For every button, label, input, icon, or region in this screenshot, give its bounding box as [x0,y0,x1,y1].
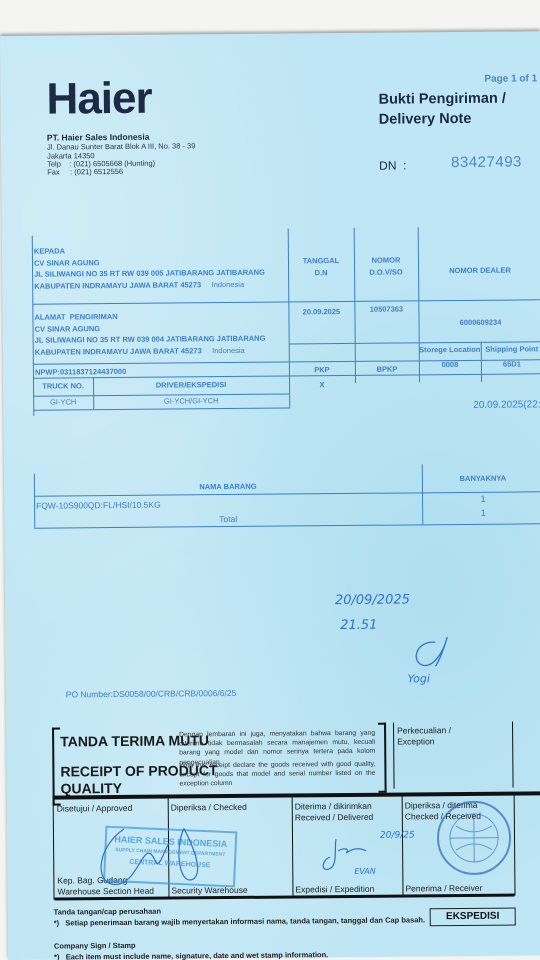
sig-checked-label: Diperiksa / Checked [171,802,247,813]
shipping-country: Indonesia [212,346,245,355]
expedition-date: 20/9/25 [380,830,415,840]
exception-label-line-2: Exception [397,735,509,747]
copy-label-ekspedisi: EKSPEDISI [430,908,516,927]
footer-en-note: *) Each item must include name, signatur… [54,950,328,960]
driver-value: GI-YCH/GI-YCH [93,395,289,406]
shipping-point-value: 65D1 [481,359,540,369]
pkp-value: X [289,380,355,390]
shipping-address-1: JL SILIWANGI NO 35 RT RW 039 004 JATIBAR… [35,333,285,347]
print-timestamp: 20.09.2025(22:25:00 [473,399,540,411]
title-line-2: Delivery Note [379,109,506,130]
title-line-1: Bukti Pengiriman / [378,90,505,111]
shipping-address-2: KABUPATEN INDRAMAYU JAWA BARAT 45273 [35,346,202,356]
receiver-stamp-icon [434,798,515,879]
nomor-sub-label: D.O.V/SO [354,266,418,279]
sig-received-label-2: Received / Delivered [295,812,374,823]
item-qty-header: BANYAKNYA [422,473,540,483]
company-fax: Fax : (021) 6512556 [47,168,123,176]
nomor-value: 10507363 [354,304,418,314]
delivery-info-table: KEPADA CV SINAR AGUNG JL SILIWANGI NO 35… [32,231,540,425]
company-address: Jl. Danau Sunter Barat Blok A III, No. 3… [47,142,195,151]
recipient-address-2: KABUPATEN INDRAMAYU JAWA BARAT 45273 [34,280,201,290]
item-name: FQW-10S900QD:FL/HSI/10.5KG [36,500,161,511]
signature-grid: Disetujui / Approved Kep. Bag. Gudang Wa… [53,795,540,899]
tanggal-value: 20.09.2025 [288,307,354,317]
pkp-header: PKP [289,365,355,375]
sig-received-label-1: Diterima / dikirimkan [295,801,372,812]
npwp: NPWP:0311837124437000 [35,366,126,378]
recipient-country: Indonesia [212,280,245,289]
recipient-address-1: JL SILIWANGI NO 35 RT RW 039 005 JATIBAR… [34,267,284,281]
po-number: PO Number:DS0058/00/CRB/CRB/0006/6/25 [66,688,237,699]
handwritten-date: 20/09/2025 [335,592,410,608]
storage-location-value: 0008 [419,360,481,370]
quality-text-en: With this receipt declare the goods rece… [179,760,375,789]
handwritten-signer: Yogi [408,672,430,685]
shipping-point-header: Shipping Point [481,344,540,354]
driver-header: DRIVER/EKSPEDISI [93,379,289,390]
dealer-value: 6000609234 [418,317,540,327]
tanggal-label: TANGGAL [288,255,354,268]
dealer-header: NOMOR DEALER [418,265,540,275]
sig-receiver-role: Penerima / Receiver [405,883,482,894]
tanggal-header: TANGGAL D.N [288,255,354,280]
exception-box: Perkecualian / Exception [393,722,514,789]
storage-location-header: Storege Location [419,345,481,355]
handwritten-time: 21.51 [340,618,377,633]
document-title: Bukti Pengiriman / Delivery Note [378,90,506,130]
footer-id-note: *) Setiap penerimaan barang wajib menyer… [54,915,425,929]
dn-number: 83427493 [451,153,522,171]
recipient-block: KEPADA CV SINAR AGUNG JL SILIWANGI NO 35… [34,244,284,293]
truck-header: TRUCK NO. [33,381,93,391]
page-number: Page 1 of 1 [484,73,537,84]
footer-id-title: Tanda tangan/cap perusahaan [54,907,161,918]
item-name-header: NAMA BARANG [34,480,422,492]
delivery-note-paper: Haier PT. Haier Sales Indonesia Jl. Dana… [0,31,540,960]
sig-approved-label: Disetujui / Approved [57,803,133,814]
total-qty: 1 [422,507,540,518]
tanggal-sub-label: D.N [288,267,354,280]
dn-label: DN : [379,158,406,172]
shipping-block: ALAMAT PENGIRIMAN CV SINAR AGUNG JL SILI… [34,310,284,359]
items-table: NAMA BARANG BANYAKNYA FQW-10S900QD:FL/HS… [34,469,540,533]
truck-value: GI-YCH [33,397,93,407]
sig-expedition-role: Expedisi / Expedition [295,884,374,895]
bracket-right [378,723,387,793]
nomor-label: NOMOR [354,254,418,267]
nomor-header: NOMOR D.O.V/SO [354,254,418,279]
expedition-name: EVAN [354,867,376,876]
item-qty: 1 [422,493,540,504]
signature-approved-icon [84,818,235,899]
total-label: Total [34,512,422,525]
haier-logo: Haier [46,77,151,122]
bpkp-header: BPKP [355,364,419,374]
bpkp-value [355,379,419,380]
exception-label: Perkecualian / Exception [394,722,512,750]
footer-en-title: Company Sign / Stamp [54,941,136,952]
